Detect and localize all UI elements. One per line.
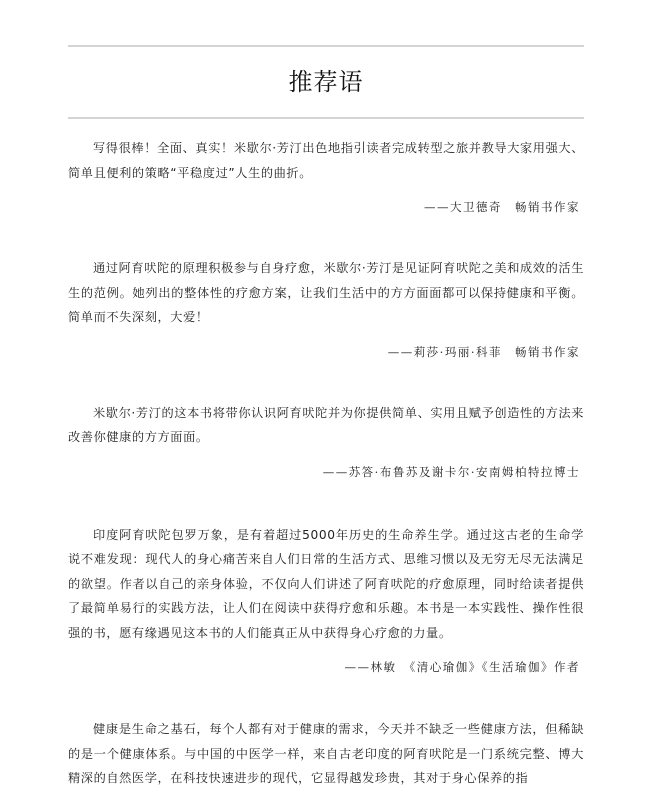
recommendation-5: 健康是生命之基石，每个人都有对于健康的需求，今天并不缺乏一些健康方法，但稀缺的是…	[68, 717, 584, 791]
recommendation-attribution: ——林敏 《清心瑜伽》《生活瑜伽》作者	[68, 657, 584, 677]
recommendation-text: 通过阿育吠陀的原理积极参与自身疗愈，米歇尔·芳汀是见证阿育吠陀之美和成效的活生生…	[68, 256, 584, 330]
recommendation-text: 米歇尔·芳汀的这本书将带你认识阿育吠陀并为你提供简单、实用且赋予创造性的方法来改…	[68, 401, 584, 450]
recommendation-text: 印度阿育吠陀包罗万象，是有着超过5000年历史的生命养生学。通过这古老的生命学说…	[68, 523, 584, 646]
recommendation-attribution: ——苏答·布鲁苏及谢卡尔·安南姆柏特拉博士	[68, 462, 584, 482]
top-divider	[68, 45, 584, 47]
recommendation-3: 米歇尔·芳汀的这本书将带你认识阿育吠陀并为你提供简单、实用且赋予创造性的方法来改…	[68, 401, 584, 482]
page-title: 推荐语	[68, 64, 584, 100]
recommendation-text: 健康是生命之基石，每个人都有对于健康的需求，今天并不缺乏一些健康方法，但稀缺的是…	[68, 717, 584, 791]
recommendation-attribution: ——莉莎·玛丽·科菲 畅销书作家	[68, 342, 584, 362]
title-divider	[68, 117, 584, 119]
recommendation-4: 印度阿育吠陀包罗万象，是有着超过5000年历史的生命养生学。通过这古老的生命学说…	[68, 523, 584, 678]
recommendation-1: 写得很棒！全面、真实！米歇尔·芳汀出色地指引读者完成转型之旅并教导大家用强大、简…	[68, 136, 584, 217]
recommendations-list: 写得很棒！全面、真实！米歇尔·芳汀出色地指引读者完成转型之旅并教导大家用强大、简…	[68, 136, 584, 791]
recommendation-attribution: ——大卫德奇 畅销书作家	[68, 197, 584, 217]
recommendation-text: 写得很棒！全面、真实！米歇尔·芳汀出色地指引读者完成转型之旅并教导大家用强大、简…	[68, 136, 584, 185]
recommendation-2: 通过阿育吠陀的原理积极参与自身疗愈，米歇尔·芳汀是见证阿育吠陀之美和成效的活生生…	[68, 256, 584, 362]
